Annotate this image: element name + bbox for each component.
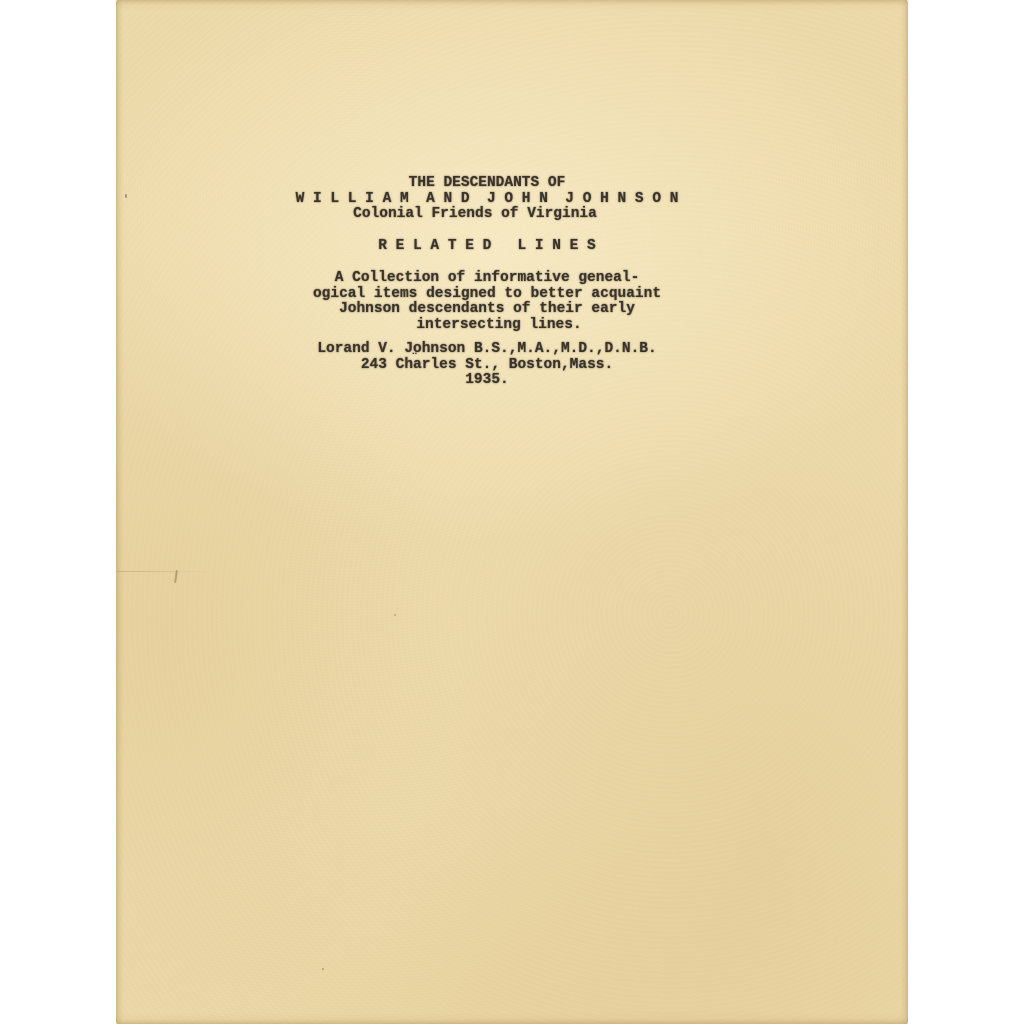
paper-speck [394, 614, 396, 616]
description-line: Johnson descendants of their early [91, 302, 883, 318]
address-line: 243 Charles St., Boston,Mass. [91, 358, 883, 374]
imprint-group: Lorand V. Johnson B.S.,M.A.,M.D.,D.N.B. … [91, 342, 883, 389]
description-group: A Collection of informative geneal- ogic… [91, 271, 883, 333]
title-group: THE DESCENDANTS OF W I L L I A M A N D J… [91, 176, 883, 223]
paper-speck [125, 194, 127, 198]
paper-sheet: THE DESCENDANTS OF W I L L I A M A N D J… [116, 0, 908, 1024]
description-line: intersecting lines. [103, 318, 895, 334]
series-title: THE DESCENDANTS OF [91, 176, 883, 192]
paper-speck [322, 968, 324, 970]
title-text-block: THE DESCENDANTS OF W I L L I A M A N D J… [116, 0, 908, 1024]
description-line: A Collection of informative geneal- [91, 271, 883, 287]
year-line: 1935. [91, 373, 883, 389]
stray-typewriter-mark: ¨ [411, 351, 419, 365]
paper-speck [296, 198, 298, 200]
paper-crease [116, 571, 212, 572]
section-heading: R E L A T E D L I N E S [91, 239, 883, 255]
main-title: W I L L I A M A N D J O H N J O H N S O … [91, 192, 883, 208]
subtitle: Colonial Friends of Virginia [79, 207, 871, 223]
scanned-document-image: THE DESCENDANTS OF W I L L I A M A N D J… [0, 0, 1024, 1024]
description-line: ogical items designed to better acquaint [91, 287, 883, 303]
section-heading-group: R E L A T E D L I N E S [91, 239, 883, 255]
author-line: Lorand V. Johnson B.S.,M.A.,M.D.,D.N.B. [91, 342, 883, 358]
